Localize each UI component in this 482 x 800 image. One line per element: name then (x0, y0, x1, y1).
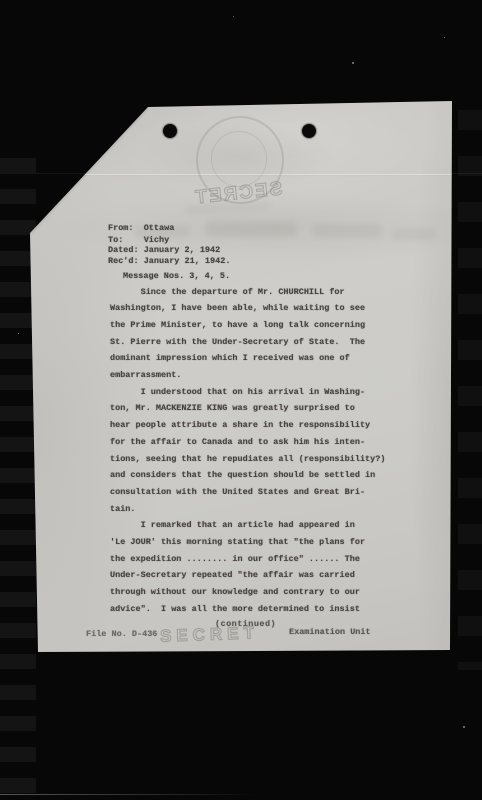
dust-speck (352, 62, 354, 64)
embossed-seal-inner-ring (211, 131, 267, 187)
header-from-to: From: OttawaTo: Vichy (108, 222, 174, 246)
typed-line: 'Le JOUR' this morning stating that "the… (110, 534, 385, 551)
ink-bleedthrough (392, 228, 436, 240)
punch-hole-left (163, 124, 177, 138)
ink-bleedthrough (205, 221, 297, 237)
typed-line: Washington, I have been able, while wait… (110, 300, 385, 317)
dust-speck (233, 16, 234, 17)
typed-line: through without our knowledge and contra… (110, 584, 385, 601)
examination-unit-label: Examination Unit (289, 627, 371, 637)
typed-line: advice". I was all the more determined t… (110, 601, 385, 618)
typed-line: Since the departure of Mr. CHURCHILL for (110, 284, 385, 301)
typed-line: Dated: January 2, 1942 (108, 245, 230, 256)
typed-line: embarrassment. (110, 367, 385, 384)
typed-line: the expedition ........ in our office" .… (110, 551, 385, 568)
typed-line: I remarked that an article had appeared … (110, 517, 385, 534)
header-dates: Dated: January 2, 1942Rec'd: January 21,… (108, 245, 230, 266)
typed-line: From: Ottawa (108, 222, 174, 234)
ink-bleedthrough (312, 224, 382, 238)
typed-line: dominant impression which I received was… (110, 350, 385, 367)
typed-line: tain. (110, 501, 385, 518)
typed-line: Under-Secretary repeated "the affair was… (110, 567, 385, 584)
typed-line: ton, Mr. MACKENZIE KING was greatly surp… (110, 400, 385, 417)
film-sprocket-marks-right (458, 110, 482, 670)
microfilm-scan: SECRET SECRET From: OttawaTo: Vichy Date… (0, 0, 482, 800)
typed-line: the Prime Minister, to have a long talk … (110, 317, 385, 334)
typed-line: tions, seeing that he repudiates all (re… (110, 451, 385, 468)
typed-line: St. Pierre with the Under-Secretary of S… (110, 334, 385, 351)
continued-note: (continued) (215, 619, 276, 629)
film-scratch-line (0, 794, 258, 795)
message-body: Since the departure of Mr. CHURCHILL for… (110, 284, 385, 618)
typed-line: I understood that on his arrival in Wash… (110, 384, 385, 401)
dust-speck (18, 333, 19, 334)
clipped-corner-shadow (29, 107, 150, 236)
typed-line: consultation with the United States and … (110, 484, 385, 501)
dust-speck (463, 726, 465, 728)
punch-hole-right (302, 124, 316, 138)
typed-line: for the affair to Canada and to ask him … (110, 434, 385, 451)
dust-speck (444, 37, 445, 38)
message-numbers: Message Nos. 3, 4, 5. (123, 271, 230, 281)
typed-line: and considers that the question should b… (110, 467, 385, 484)
typed-line: hear people attribute a share in the res… (110, 417, 385, 434)
typed-line: Rec'd: January 21, 1942. (108, 256, 230, 267)
file-number: File No. D-436 (86, 629, 157, 639)
